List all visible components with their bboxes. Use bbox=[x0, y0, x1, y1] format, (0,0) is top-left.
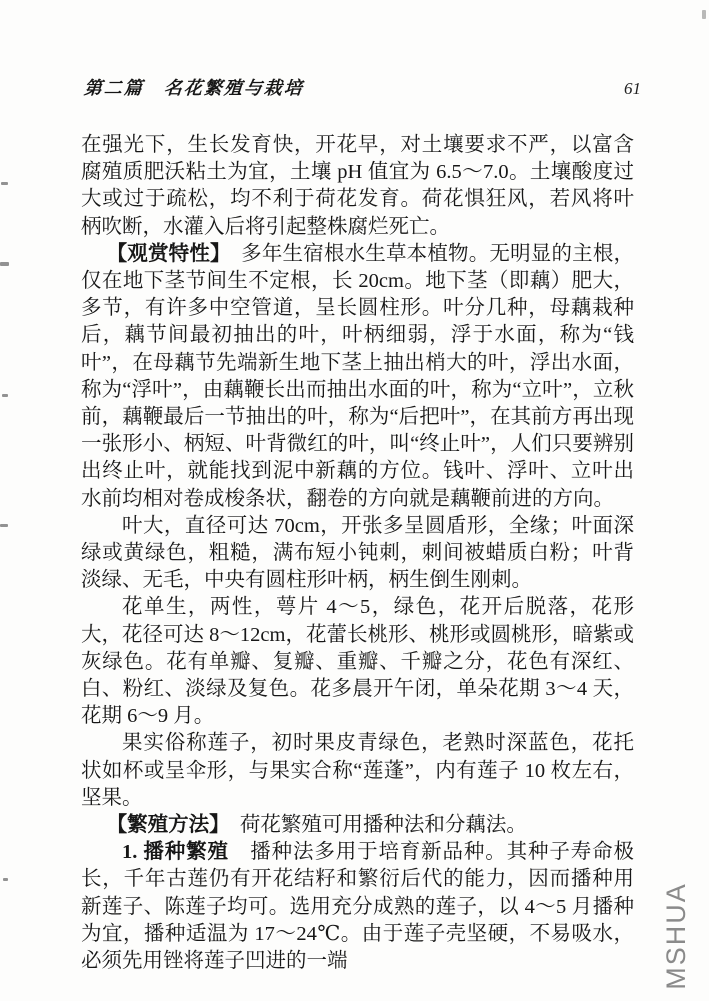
mshua-watermark: MSHUA bbox=[661, 882, 691, 990]
section-label: 【观赏特性】 bbox=[107, 243, 221, 265]
scan-noise-speck bbox=[2, 394, 8, 397]
page-header: 第二篇 名花繁殖与栽培 61 bbox=[84, 74, 641, 100]
page-number: 61 bbox=[624, 79, 641, 99]
paragraph-text: 花单生，两性，萼片 4～5，绿色，花开后脱落，花形大，花径可达 8～12cm，花… bbox=[81, 596, 634, 727]
paragraph-leaf-description: 叶大，直径可达 70cm，开张多呈圆盾形，全缘；叶面深绿或黄绿色，粗糙，满布短小… bbox=[81, 513, 634, 595]
paragraph-seed-propagation: 1. 播种繁殖 播种法多用于培育新品种。其种子寿命极长，千年古莲仍有开花结籽和繁… bbox=[81, 839, 634, 975]
paragraph-propagation-methods: 【繁殖方法】 荷花繁殖可用播种法和分藕法。 bbox=[81, 812, 634, 839]
scan-noise-speck bbox=[1, 182, 8, 185]
paragraph-text: 多年生宿根水生草本植物。无明显的主根，仅在地下茎节间生不定根，长 20cm。地下… bbox=[81, 243, 634, 510]
section-label: 【繁殖方法】 bbox=[107, 814, 220, 836]
paragraph-fruit-description: 果实俗称莲子，初时果皮青绿色，老熟时深蓝色，花托状如杯或呈伞形，与果实合称“莲蓬… bbox=[81, 730, 634, 812]
scanned-book-page: 第二篇 名花繁殖与栽培 61 在强光下，生长发育快，开花早，对土壤要求不严，以富… bbox=[0, 0, 709, 1001]
scan-noise-speck bbox=[702, 10, 706, 19]
subsection-label: 1. 播种繁殖 bbox=[122, 841, 229, 863]
paragraph-text: 荷花繁殖可用播种法和分藕法。 bbox=[219, 814, 527, 836]
paragraph-text: 在强光下，生长发育快，开花早，对土壤要求不严，以富含腐殖质肥沃粘土为宜，土壤 p… bbox=[81, 134, 634, 238]
paragraph-ornamental-traits: 【观赏特性】 多年生宿根水生草本植物。无明显的主根，仅在地下茎节间生不定根，长 … bbox=[81, 241, 634, 513]
scan-noise-speck bbox=[0, 524, 8, 527]
scan-noise-speck bbox=[3, 878, 8, 881]
scan-noise-speck bbox=[0, 262, 9, 266]
paragraph-flower-description: 花单生，两性，萼片 4～5，绿色，花开后脱落，花形大，花径可达 8～12cm，花… bbox=[81, 594, 634, 730]
chapter-title: 第二篇 名花繁殖与栽培 bbox=[83, 74, 305, 100]
body-text: 在强光下，生长发育快，开花早，对土壤要求不严，以富含腐殖质肥沃粘土为宜，土壤 p… bbox=[81, 132, 634, 975]
paragraph-text: 果实俗称莲子，初时果皮青绿色，老熟时深蓝色，花托状如杯或呈伞形，与果实合称“莲蓬… bbox=[81, 732, 634, 808]
paragraph-continuation: 在强光下，生长发育快，开花早，对土壤要求不严，以富含腐殖质肥沃粘土为宜，土壤 p… bbox=[81, 132, 634, 241]
paragraph-text: 叶大，直径可达 70cm，开张多呈圆盾形，全缘；叶面深绿或黄绿色，粗糙，满布短小… bbox=[81, 515, 634, 591]
